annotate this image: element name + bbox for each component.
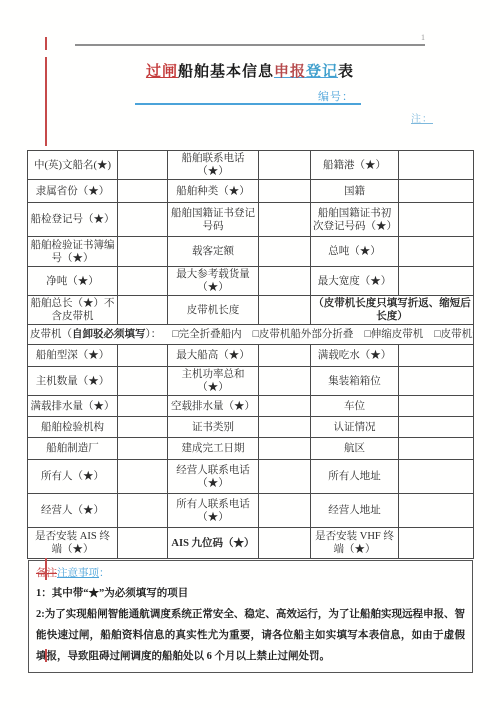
field-label: 经营人联系电话（★）: [168, 460, 259, 494]
value-cell[interactable]: [118, 180, 168, 203]
value-cell[interactable]: [399, 267, 474, 296]
table-row: 船舶检验机构 证书类别 认证情况: [28, 417, 474, 438]
field-label: 船舶检验证书簿编号（★）: [28, 237, 118, 267]
field-label: 隶属省份（★）: [28, 180, 118, 203]
belt-bold-note: 自卸驳必须填写: [72, 329, 146, 340]
belt-prefix: 皮带机（: [30, 329, 72, 340]
field-label: 船舶总长（★）不含皮带机: [28, 296, 118, 325]
field-label: 经营人（★）: [28, 494, 118, 528]
value-cell[interactable]: [399, 203, 474, 237]
field-label: 船舶型深（★）: [28, 345, 118, 367]
title-main-text: 船舶基本信息: [178, 64, 274, 80]
title-inserted-text-1: 申报: [274, 64, 306, 80]
table-row: 船舶检验证书簿编号（★） 载客定额 总吨（★）: [28, 237, 474, 267]
value-cell[interactable]: [399, 151, 474, 180]
field-label: 车位: [311, 396, 399, 417]
value-cell[interactable]: [259, 203, 311, 237]
field-label: 证书类别: [168, 417, 259, 438]
document-page: 1 过闸船舶基本信息申报登记表 编号： 注： 中(英)文船名(★) 船舶联系电话…: [0, 0, 500, 708]
checkbox-option[interactable]: □皮带机未改造: [434, 328, 473, 341]
title-deleted-text: 过闸: [146, 64, 178, 80]
field-label: 满载吃水（★）: [311, 345, 399, 367]
header-rule: [75, 44, 425, 46]
field-label: 主机功率总和（★）: [168, 367, 259, 396]
value-cell[interactable]: [259, 460, 311, 494]
value-cell[interactable]: [259, 396, 311, 417]
notes-box: 备注注意事项： 1：其中带“★”为必须填写的项目 2:为了实现船闸智能通航调度系…: [28, 560, 473, 673]
field-label: 认证情况: [311, 417, 399, 438]
field-label: 中(英)文船名(★): [28, 151, 118, 180]
value-cell[interactable]: [399, 460, 474, 494]
field-label: 经营人地址: [311, 494, 399, 528]
value-cell[interactable]: [259, 151, 311, 180]
checkbox-option[interactable]: □皮带机船外部分折叠: [253, 328, 354, 341]
field-label: 船舶国籍证书登记号码: [168, 203, 259, 237]
change-bar: [45, 649, 47, 662]
field-label: 国籍: [311, 180, 399, 203]
value-cell[interactable]: [259, 345, 311, 367]
value-cell[interactable]: [259, 438, 311, 460]
field-label: 船舶国籍证书初次登记号码（★）: [311, 203, 399, 237]
value-cell[interactable]: [399, 237, 474, 267]
title-inserted-text-2: 登记: [306, 64, 338, 80]
value-cell[interactable]: [259, 417, 311, 438]
field-label: 船籍港（★）: [311, 151, 399, 180]
value-cell[interactable]: [118, 417, 168, 438]
notes-header: 备注注意事项：: [36, 564, 465, 583]
field-label: 满载排水量（★）: [28, 396, 118, 417]
field-label: 船舶联系电话（★）: [168, 151, 259, 180]
value-cell[interactable]: [259, 494, 311, 528]
field-label: 船舶制造厂: [28, 438, 118, 460]
value-cell[interactable]: [259, 180, 311, 203]
value-cell[interactable]: [399, 396, 474, 417]
value-cell[interactable]: [399, 438, 474, 460]
checkbox-option[interactable]: □伸缩皮带机: [364, 328, 423, 341]
value-cell[interactable]: [399, 528, 474, 559]
belt-suffix: ）：: [146, 329, 162, 340]
page-mark: 1: [421, 33, 425, 42]
notes-inserted-text: 注意事项: [57, 568, 99, 579]
field-label: 净吨（★）: [28, 267, 118, 296]
field-label: 所有人联系电话（★）: [168, 494, 259, 528]
value-cell[interactable]: [399, 494, 474, 528]
page-mark: 1: [84, 652, 88, 661]
value-cell[interactable]: [259, 296, 311, 325]
note-line-2: 2:为了实现船闸智能通航调度系统正常安全、稳定、高效运行，为了让船舶实现远程申报…: [36, 604, 465, 667]
table-row: 满载排水量（★） 空载排水量（★） 车位: [28, 396, 474, 417]
table-row: 主机数量（★） 主机功率总和（★） 集装箱箱位: [28, 367, 474, 396]
title-suffix-text: 表: [338, 64, 354, 80]
value-cell[interactable]: [118, 267, 168, 296]
field-label: 航区: [311, 438, 399, 460]
table-row: 所有人（★） 经营人联系电话（★） 所有人地址: [28, 460, 474, 494]
value-cell[interactable]: [118, 438, 168, 460]
value-cell[interactable]: [259, 528, 311, 559]
table-row: 皮带机（自卸驳必须填写）：□完全折叠船内□皮带机船外部分折叠□伸缩皮带机□皮带机…: [28, 325, 474, 345]
change-bar: [45, 37, 47, 50]
value-cell[interactable]: [399, 417, 474, 438]
value-cell[interactable]: [399, 180, 474, 203]
note-label: 注：: [411, 110, 433, 125]
table-row: 船检登记号（★） 船舶国籍证书登记号码 船舶国籍证书初次登记号码（★）: [28, 203, 474, 237]
field-label: 是否安装 VHF 终端（★）: [311, 528, 399, 559]
number-fill-line[interactable]: [135, 103, 361, 105]
value-cell[interactable]: [259, 237, 311, 267]
field-label: 船检登记号（★）: [28, 203, 118, 237]
table-row: 船舶制造厂 建成完工日期 航区: [28, 438, 474, 460]
field-label: 是否安装 AIS 终端（★）: [28, 528, 118, 559]
number-label: 编号：: [318, 88, 354, 104]
notes-deleted-text: 备注: [36, 568, 57, 579]
field-label: 载客定额: [168, 237, 259, 267]
belt-options-row: 皮带机（自卸驳必须填写）：□完全折叠船内□皮带机船外部分折叠□伸缩皮带机□皮带机…: [28, 325, 474, 345]
value-cell[interactable]: [118, 460, 168, 494]
value-cell[interactable]: [259, 367, 311, 396]
value-cell[interactable]: [118, 296, 168, 325]
table-row: 隶属省份（★） 船舶种类（★） 国籍: [28, 180, 474, 203]
field-label: 总吨（★）: [311, 237, 399, 267]
field-label: 船舶种类（★）: [168, 180, 259, 203]
checkbox-option[interactable]: □完全折叠船内: [172, 328, 241, 341]
field-label: 建成完工日期: [168, 438, 259, 460]
field-label: 主机数量（★）: [28, 367, 118, 396]
table-row: 船舶总长（★）不含皮带机 皮带机长度 （皮带机长度只填写折返、缩短后长度）: [28, 296, 474, 325]
field-label: 集装箱箱位: [311, 367, 399, 396]
table-row: 是否安装 AIS 终端（★） AIS 九位码（★） 是否安装 VHF 终端（★）: [28, 528, 474, 559]
field-label: 所有人地址: [311, 460, 399, 494]
field-label: 最大参考载货量（★）: [168, 267, 259, 296]
table-row: 中(英)文船名(★) 船舶联系电话（★） 船籍港（★）: [28, 151, 474, 180]
value-cell[interactable]: [259, 267, 311, 296]
value-cell[interactable]: [118, 494, 168, 528]
table-row: 船舶型深（★） 最大船高（★） 满载吃水（★）: [28, 345, 474, 367]
field-label: 空载排水量（★）: [168, 396, 259, 417]
change-bar: [45, 558, 47, 580]
field-label: 最大船高（★）: [168, 345, 259, 367]
value-cell[interactable]: [118, 151, 168, 180]
page-title: 过闸船舶基本信息申报登记表: [0, 60, 500, 81]
field-label: 最大宽度（★）: [311, 267, 399, 296]
value-cell[interactable]: [118, 396, 168, 417]
table-row: 净吨（★） 最大参考载货量（★） 最大宽度（★）: [28, 267, 474, 296]
value-cell[interactable]: [118, 528, 168, 559]
value-cell[interactable]: [399, 367, 474, 396]
field-label: 所有人（★）: [28, 460, 118, 494]
value-cell[interactable]: [118, 237, 168, 267]
belt-length-note: （皮带机长度只填写折返、缩短后长度）: [311, 296, 474, 325]
notes-colon: ：: [99, 568, 110, 579]
field-label: AIS 九位码（★）: [168, 528, 259, 559]
value-cell[interactable]: [118, 203, 168, 237]
registration-table: 中(英)文船名(★) 船舶联系电话（★） 船籍港（★） 隶属省份（★） 船舶种类…: [27, 150, 474, 559]
value-cell[interactable]: [399, 345, 474, 367]
value-cell[interactable]: [118, 345, 168, 367]
value-cell[interactable]: [118, 367, 168, 396]
table-row: 经营人（★） 所有人联系电话（★） 经营人地址: [28, 494, 474, 528]
field-label: 皮带机长度: [168, 296, 259, 325]
note-line-1: 1：其中带“★”为必须填写的项目: [36, 583, 465, 604]
field-label: 船舶检验机构: [28, 417, 118, 438]
